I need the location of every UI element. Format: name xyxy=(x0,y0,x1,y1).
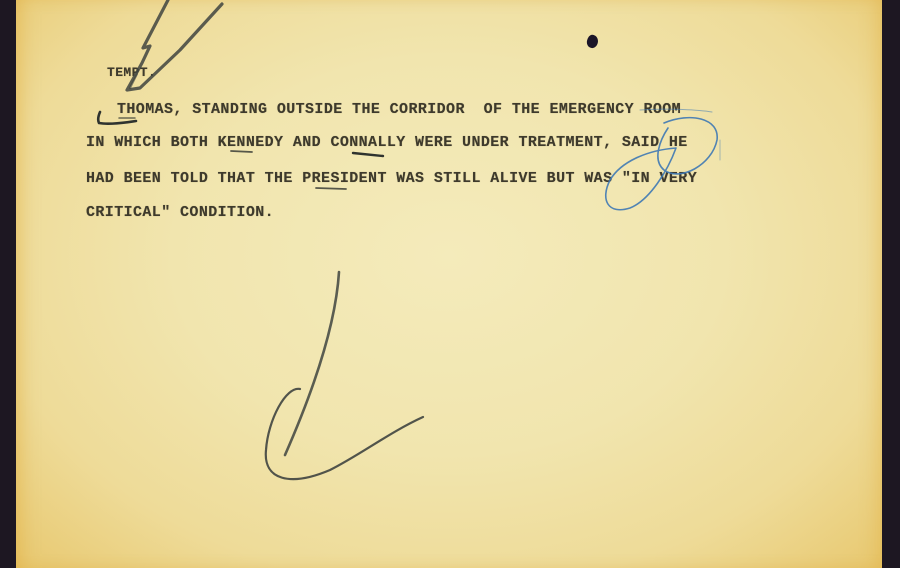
body-line-2: IN WHICH BOTH KENNEDY AND CONNALLY WERE … xyxy=(86,134,688,151)
paper-page xyxy=(16,0,882,568)
body-line-4: CRITICAL" CONDITION. xyxy=(86,204,274,221)
body-line-3: HAD BEEN TOLD THAT THE PRESIDENT WAS STI… xyxy=(86,170,697,187)
scan-background: TEMPT. THOMAS, STANDING OUTSIDE THE CORR… xyxy=(0,0,900,568)
body-line-1: THOMAS, STANDING OUTSIDE THE CORRIDOR OF… xyxy=(117,101,681,118)
slug-line: TEMPT. xyxy=(107,65,156,80)
